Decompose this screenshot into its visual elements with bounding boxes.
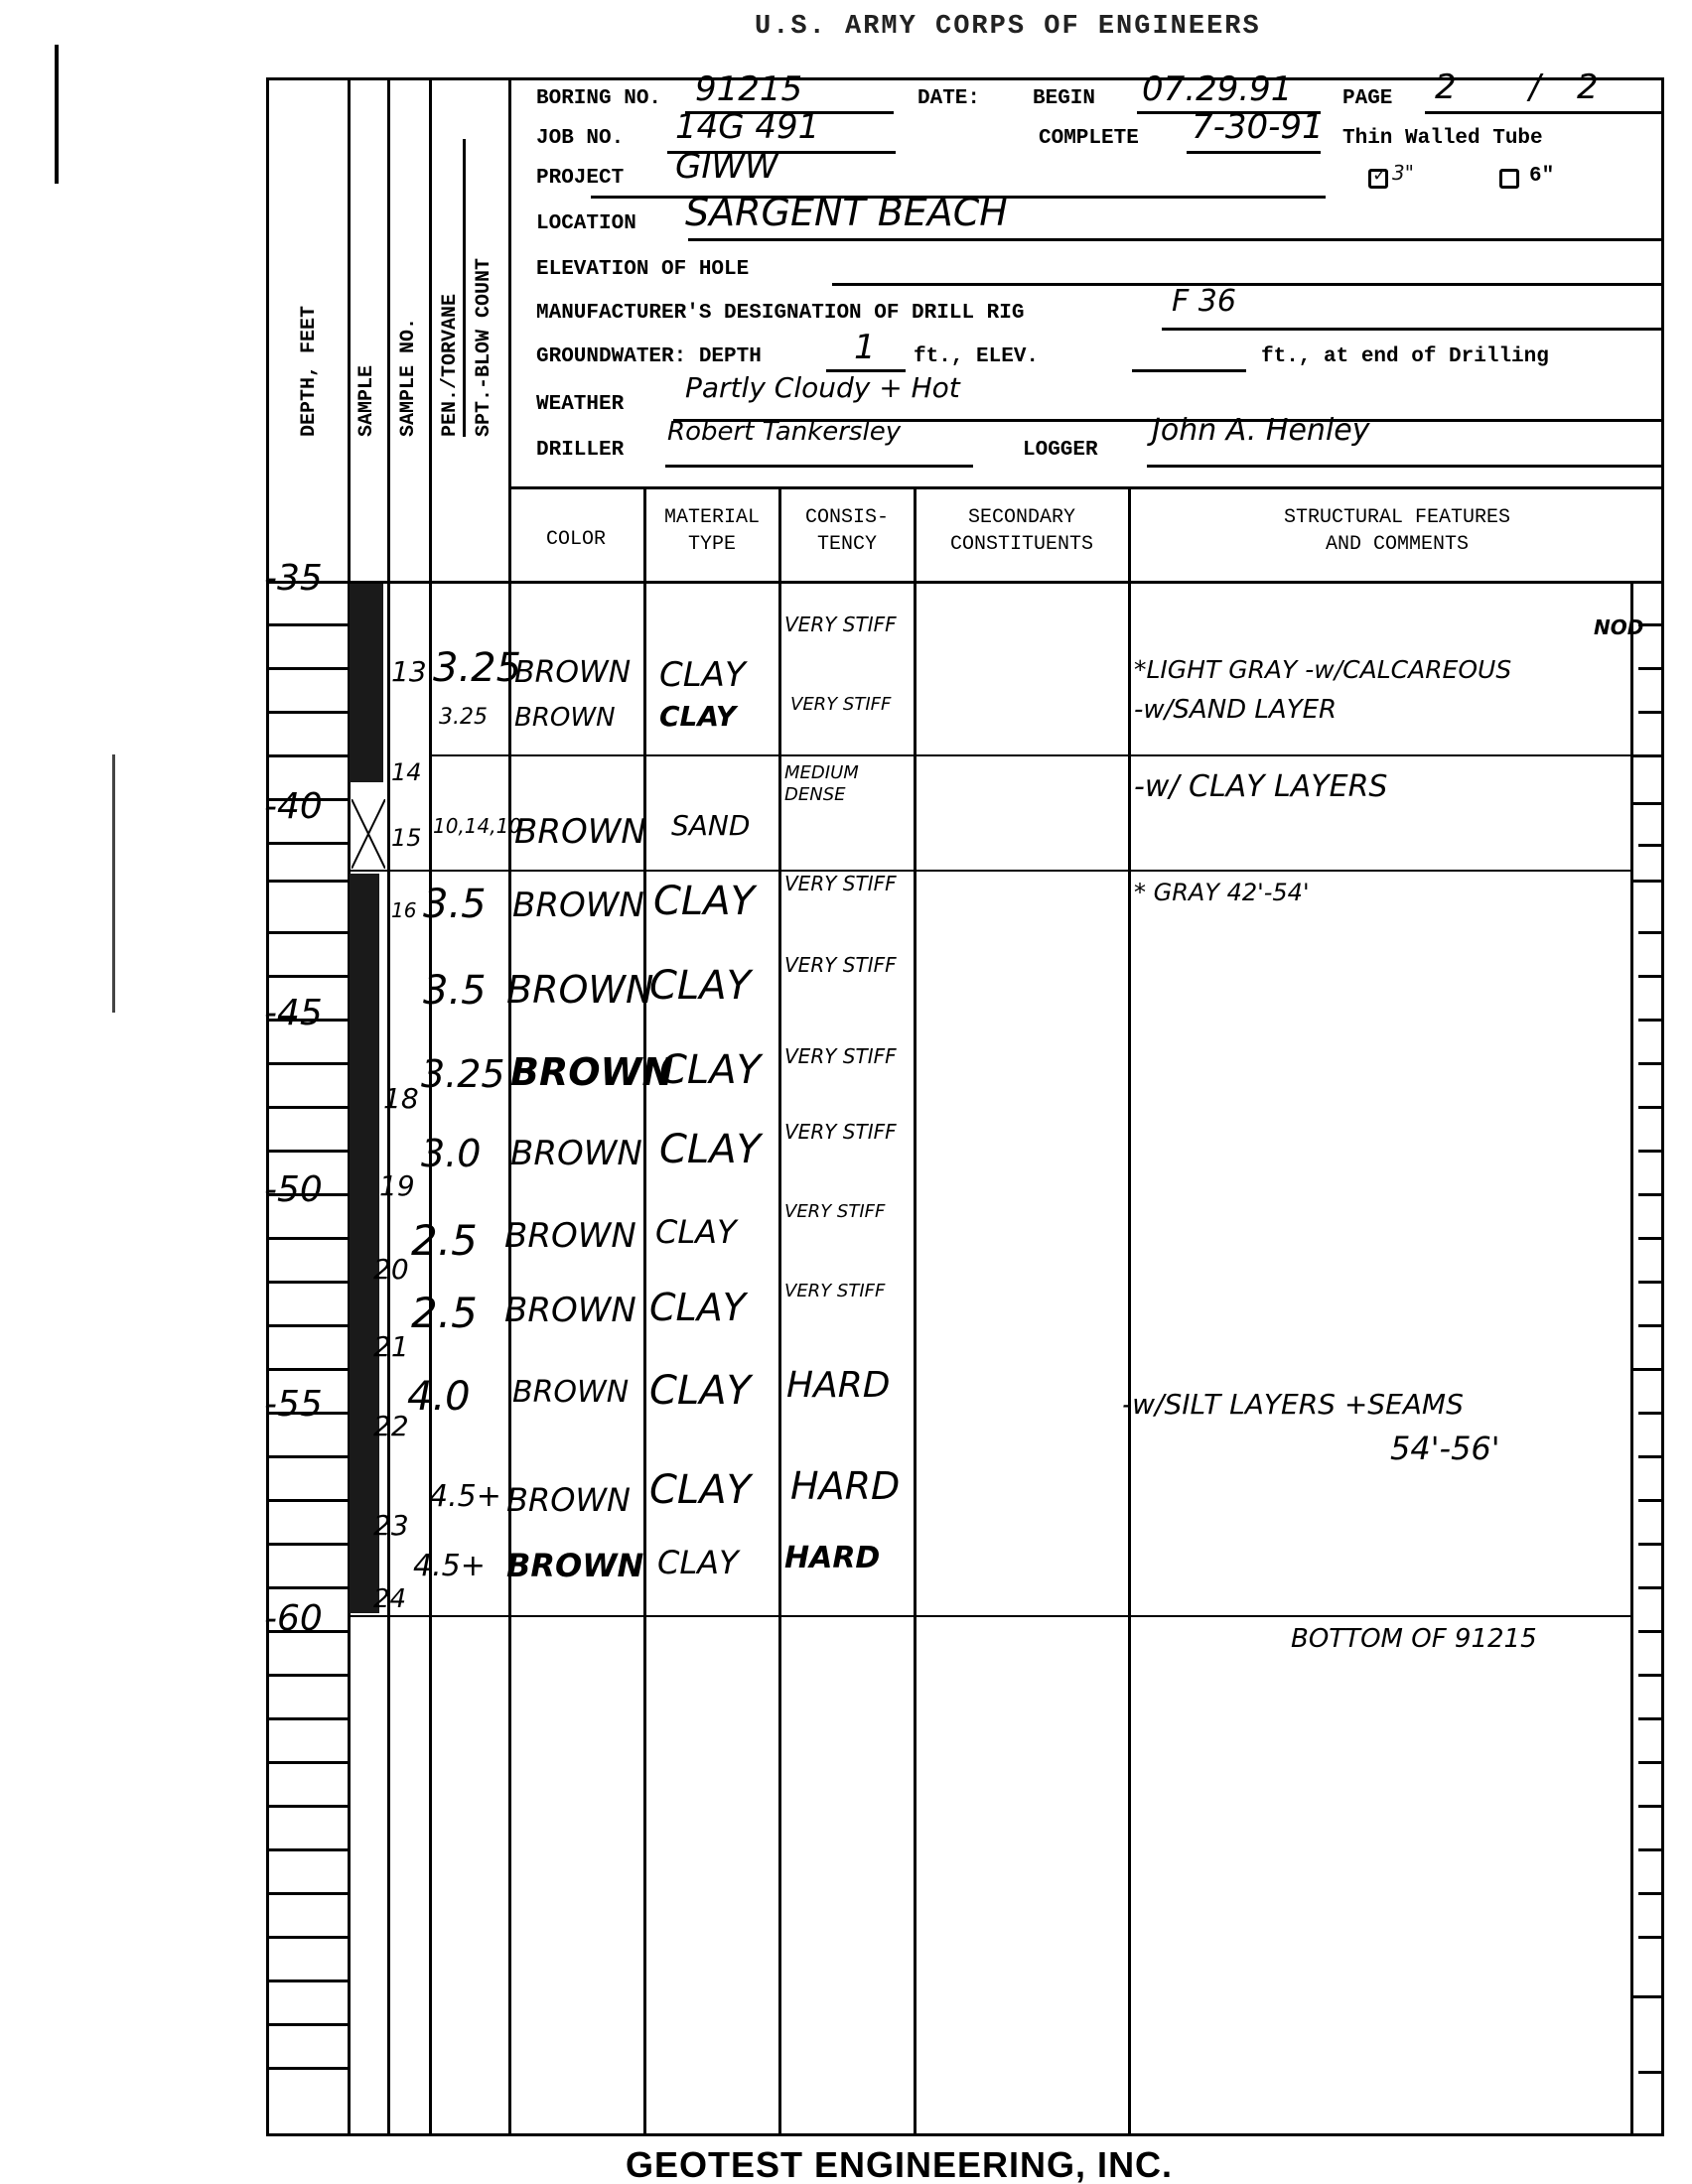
material-value: CLAY (659, 1127, 761, 1172)
consistency-value: VERY STIFF (784, 1281, 914, 1302)
col-spt-blow-header: SPT.-BLOW COUNT (473, 159, 495, 437)
col-secondary-header: SECONDARY CONSTITUENTS (916, 504, 1128, 558)
consistency-value: HARD (784, 1541, 880, 1575)
material-value: CLAY (649, 1467, 751, 1513)
sample-no: 19 (379, 1169, 415, 1202)
sample-split-spoon-15 (352, 799, 385, 869)
consistency-value: VERY STIFF (784, 1120, 914, 1144)
layer-boundary-39 (429, 754, 1630, 756)
divider-material (778, 486, 781, 2136)
sample-no: 24 (373, 1584, 406, 1614)
sample-tube-16-24 (350, 874, 379, 1613)
material-value: CLAY (659, 655, 746, 695)
sample-no: 22 (373, 1410, 409, 1442)
scan-artifact-mark (112, 754, 115, 1013)
col-color-header: COLOR (508, 526, 643, 553)
col-pen-torvane-header: PEN./TORVANE (439, 213, 462, 437)
scan-artifact-mark (55, 45, 59, 184)
divider-secondary (1128, 486, 1131, 2136)
material-value: CLAY (649, 1286, 746, 1329)
complete-label: COMPLETE (1039, 127, 1139, 150)
consistency-value: MEDIUM DENSE (784, 762, 914, 806)
color-value: BROWN (506, 1481, 631, 1519)
col-material-line2: TYPE (645, 531, 778, 558)
col-consistency-line2: TENCY (780, 531, 914, 558)
pen-value: 3.25 (421, 1052, 505, 1096)
page-separator: / (1529, 68, 1540, 107)
col-secondary-line2: CONSTITUENTS (916, 531, 1128, 558)
project-value[interactable]: GIWW (675, 147, 778, 187)
consistency-value: VERY STIFF (790, 695, 914, 715)
job-no-value[interactable]: 14G 491 (675, 107, 819, 147)
color-value: BROWN (504, 1216, 636, 1256)
project-label: PROJECT (536, 167, 624, 190)
col-structural-line2: AND COMMENTS (1130, 531, 1664, 558)
end-drilling-label: ft., at end of Drilling (1261, 345, 1549, 368)
sample-no: 16 (391, 898, 416, 922)
color-value: BROWN (514, 703, 616, 733)
layer-boundary-42 (348, 870, 1630, 872)
depth-mark-45: -45 (264, 993, 323, 1033)
pen-value: 3.25 (433, 645, 521, 691)
consistency-value: HARD (786, 1365, 890, 1406)
begin-label: BEGIN (1033, 87, 1095, 110)
color-value: BROWN (510, 1050, 673, 1094)
logger-underline (1147, 465, 1661, 468)
consistency-value: VERY STIFF (784, 1044, 914, 1068)
page-label: PAGE (1342, 87, 1392, 110)
pen-value: 4.0 (407, 1374, 471, 1420)
groundwater-elev-underline (1132, 369, 1246, 372)
drill-rig-value[interactable]: F 36 (1172, 284, 1236, 319)
groundwater-depth-value[interactable]: 1 (854, 328, 876, 367)
location-underline (688, 238, 1661, 241)
col-structural-header: STRUCTURAL FEATURES AND COMMENTS (1130, 504, 1664, 558)
col-structural-line1: STRUCTURAL FEATURES (1130, 504, 1664, 531)
pen-spt-fraction-bar (463, 139, 466, 437)
depth-mark-35: -35 (264, 558, 323, 599)
divider-tick-strip (1630, 581, 1633, 2136)
consistency-value: HARD (790, 1464, 900, 1508)
depth-mark-50: -50 (264, 1169, 323, 1210)
sample-no: 14 (391, 758, 422, 786)
material-value: CLAY (657, 1544, 739, 1581)
material-value: CLAY (655, 1213, 737, 1251)
pen-value: 2.5 (411, 1289, 478, 1337)
footer-company: GEOTEST ENGINEERING, INC. (626, 2144, 1173, 2184)
color-value: BROWN (512, 1375, 629, 1410)
material-value: CLAY (659, 1047, 761, 1093)
depth-mark-55: -55 (264, 1384, 323, 1425)
comment-clay-layers: -w/ CLAY LAYERS (1134, 769, 1387, 804)
logger-label: LOGGER (1023, 439, 1098, 462)
color-value: BROWN (514, 812, 646, 852)
location-value[interactable]: SARGENT BEACH (685, 191, 1008, 234)
header-bottom-rule (508, 486, 1664, 489)
divider-pen (508, 77, 511, 2136)
weather-value[interactable]: Partly Cloudy + Hot (685, 371, 960, 404)
color-value: BROWN (504, 1291, 636, 1330)
tube-3in-label: 3" (1392, 161, 1414, 185)
col-consistency-header: CONSIS- TENCY (780, 504, 914, 558)
depth-mark-60: -60 (264, 1598, 323, 1639)
complete-date-value[interactable]: 7-30-91 (1192, 107, 1324, 147)
color-value: BROWN (510, 1134, 642, 1173)
tube-3in-check-mark: ✓ (1372, 165, 1387, 186)
col-sample-no-header: SAMPLE NO. (397, 248, 420, 437)
col-material-header: MATERIAL TYPE (645, 504, 778, 558)
driller-value[interactable]: Robert Tankersley (667, 417, 901, 447)
depth-mark-40: -40 (264, 786, 323, 827)
complete-date-underline (1187, 151, 1321, 154)
groundwater-label: GROUNDWATER: DEPTH (536, 345, 762, 368)
pen-value: 3.5 (423, 882, 487, 927)
location-label: LOCATION (536, 212, 636, 235)
begin-date-value[interactable]: 07.29.91 (1142, 69, 1292, 109)
drill-rig-underline (1162, 328, 1661, 331)
page-underline (1425, 111, 1663, 114)
material-value: SAND (671, 809, 750, 842)
comment-silt-layers: -w/SILT LAYERS +SEAMS (1122, 1388, 1464, 1421)
col-depth-header: DEPTH, FEET (298, 228, 321, 437)
col-sample-header: SAMPLE (355, 318, 378, 437)
comment-sand-layer: -w/SAND LAYER (1134, 695, 1337, 725)
weather-label: WEATHER (536, 393, 624, 416)
material-value: CLAY (649, 963, 751, 1009)
sample-no: 21 (373, 1330, 409, 1363)
tube-6in-label: 6" (1529, 165, 1554, 188)
sample-no: 13 (391, 655, 427, 688)
drill-rig-label: MANUFACTURER'S DESIGNATION OF DRILL RIG (536, 302, 1024, 325)
pen-value: 3.25 (439, 705, 488, 730)
divider-sample-no (429, 77, 432, 2136)
date-label: DATE: (917, 87, 980, 110)
color-value: BROWN (506, 1547, 643, 1584)
color-value: BROWN (512, 886, 644, 925)
material-value: CLAY (649, 1368, 751, 1414)
page-total: 2 (1577, 68, 1599, 107)
driller-underline (665, 465, 973, 468)
elevation-underline (832, 283, 1661, 286)
pen-value: 3.0 (421, 1132, 481, 1175)
layer-boundary-60 (348, 1615, 1630, 1617)
sample-no: 15 (391, 824, 422, 852)
page-current: 2 (1435, 68, 1457, 107)
comment-gray-range: * GRAY 42'-54' (1134, 879, 1310, 906)
sample-no: 20 (373, 1253, 409, 1286)
consistency-value: VERY STIFF (784, 614, 914, 635)
divider-consistency (914, 486, 916, 2136)
consistency-value: VERY STIFF (784, 1201, 914, 1223)
blow-count-value: 10,14,10 (433, 814, 521, 838)
driller-label: DRILLER (536, 439, 624, 462)
material-value: CLAY (653, 879, 755, 924)
comment-bottom-of-boring: BOTTOM OF 91215 (1291, 1624, 1537, 1654)
col-material-line1: MATERIAL (645, 504, 778, 531)
sample-tube-13 (350, 584, 383, 782)
sample-no: 23 (373, 1509, 409, 1542)
comment-nod: NOD (1594, 615, 1643, 639)
boring-no-value[interactable]: 91215 (695, 69, 802, 109)
tube-label: Thin Walled Tube (1342, 127, 1543, 150)
comment-light-gray: *LIGHT GRAY -w/CALCAREOUS (1134, 655, 1511, 684)
pen-value: 4.5+ (413, 1549, 486, 1583)
boring-no-label: BORING NO. (536, 87, 661, 110)
color-value: BROWN (506, 968, 653, 1012)
divider-color (643, 486, 646, 2136)
comment-silt-range: 54'-56' (1390, 1430, 1500, 1467)
pen-value: 2.5 (411, 1216, 478, 1265)
pen-value: 3.5 (423, 968, 487, 1014)
pen-value: 4.5+ (429, 1479, 501, 1514)
consistency-value: VERY STIFF (784, 872, 914, 895)
col-consistency-line1: CONSIS- (780, 504, 914, 531)
groundwater-ft-elev-label: ft., ELEV. (914, 345, 1039, 368)
sample-no: 18 (383, 1082, 419, 1115)
consistency-value: VERY STIFF (784, 953, 914, 977)
logger-value[interactable]: John A. Henley (1152, 413, 1370, 448)
color-value: BROWN (514, 655, 631, 690)
job-no-label: JOB NO. (536, 127, 624, 150)
agency-title: U.S. ARMY CORPS OF ENGINEERS (755, 12, 1261, 42)
col-secondary-line1: SECONDARY (916, 504, 1128, 531)
material-value: CLAY (659, 700, 736, 733)
elevation-label: ELEVATION OF HOLE (536, 258, 749, 281)
tube-6in-checkbox[interactable] (1499, 169, 1519, 189)
column-header-rule (266, 581, 1664, 584)
